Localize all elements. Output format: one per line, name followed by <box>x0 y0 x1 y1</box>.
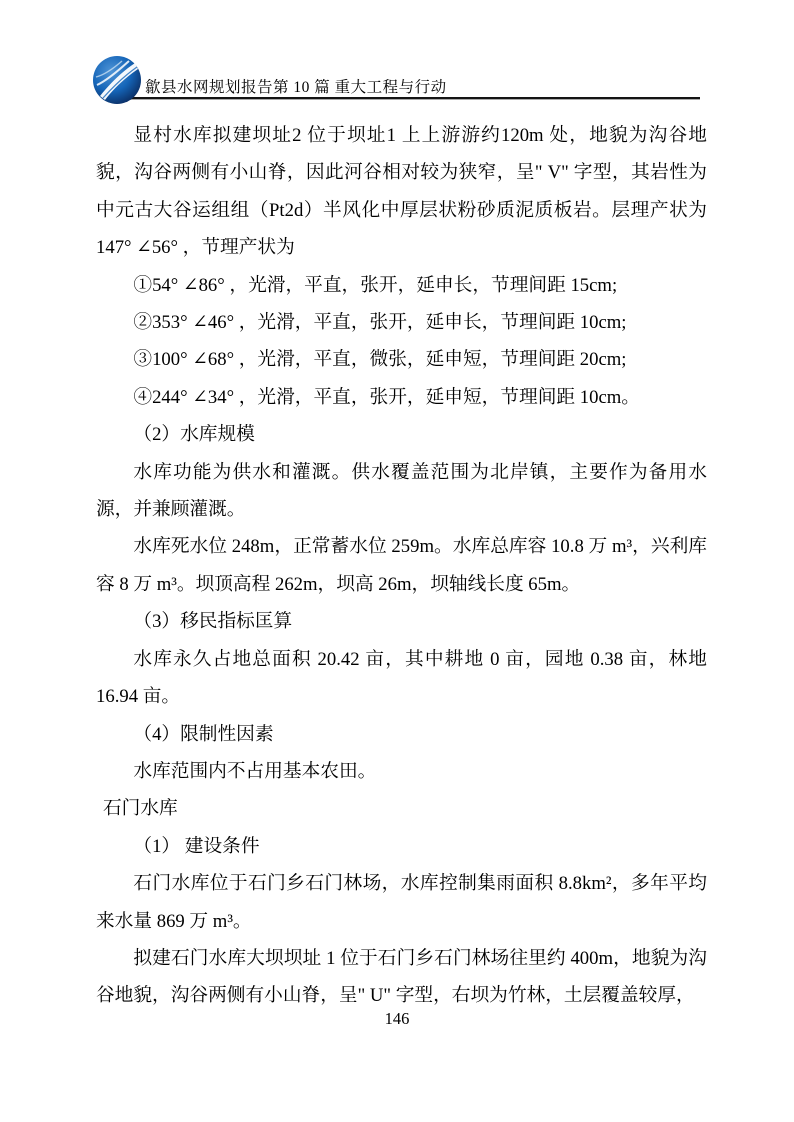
page-header: 歙县水网规划报告第 10 篇 重大工程与行动 <box>95 55 700 107</box>
report-header-title: 歙县水网规划报告第 10 篇 重大工程与行动 <box>145 80 447 96</box>
logo-icon <box>92 55 142 105</box>
document-page: 歙县水网规划报告第 10 篇 重大工程与行动 显村水库拟建坝址2 位于坝址1 上… <box>0 0 794 1122</box>
heading-migration-index: （3）移民指标匡算 <box>96 603 707 640</box>
para-land-occupation: 水库永久占地总面积 20.42 亩，其中耕地 0 亩，园地 0.38 亩，林地 … <box>96 641 707 716</box>
joint-list-item-1: ①54° ∠86° ，光滑，平直，张开，延申长，节理间距 15cm; <box>96 267 707 304</box>
heading-reservoir-scale: （2）水库规模 <box>96 416 707 453</box>
heading-shimen-reservoir: 石门水库 <box>96 790 707 827</box>
page-number: 146 <box>0 1007 794 1030</box>
para-water-levels-capacity: 水库死水位 248m，正常蓄水位 259m。水库总库容 10.8 万 m³，兴利… <box>96 528 707 603</box>
joint-list-item-2: ②353° ∠46° ，光滑，平直，张开，延申长，节理间距 10cm; <box>96 304 707 341</box>
para-shimen-location: 石门水库位于石门乡石门林场，水库控制集雨面积 8.8km²，多年平均来水量 86… <box>96 865 707 940</box>
document-body: 显村水库拟建坝址2 位于坝址1 上上游游约120m 处，地貌为沟谷地貌，沟谷两侧… <box>96 117 707 1015</box>
header-divider <box>113 97 700 100</box>
heading-construction-conditions: （1） 建设条件 <box>96 828 707 865</box>
heading-restrictive-factors: （4）限制性因素 <box>96 716 707 753</box>
para-basic-farmland: 水库范围内不占用基本农田。 <box>96 753 707 790</box>
para-reservoir-function: 水库功能为供水和灌溉。供水覆盖范围为北岸镇，主要作为备用水源，并兼顾灌溉。 <box>96 454 707 529</box>
joint-list-item-4: ④244° ∠34° ，光滑，平直，张开，延申短，节理间距 10cm。 <box>96 379 707 416</box>
para-shimen-damsite1: 拟建石门水库大坝坝址 1 位于石门乡石门林场往里约 400m，地貌为沟谷地貌，沟… <box>96 940 707 1015</box>
joint-list-item-3: ③100° ∠68° ，光滑，平直，微张，延申短，节理间距 20cm; <box>96 341 707 378</box>
para-damsite2-geology: 显村水库拟建坝址2 位于坝址1 上上游游约120m 处，地貌为沟谷地貌，沟谷两侧… <box>96 117 707 267</box>
